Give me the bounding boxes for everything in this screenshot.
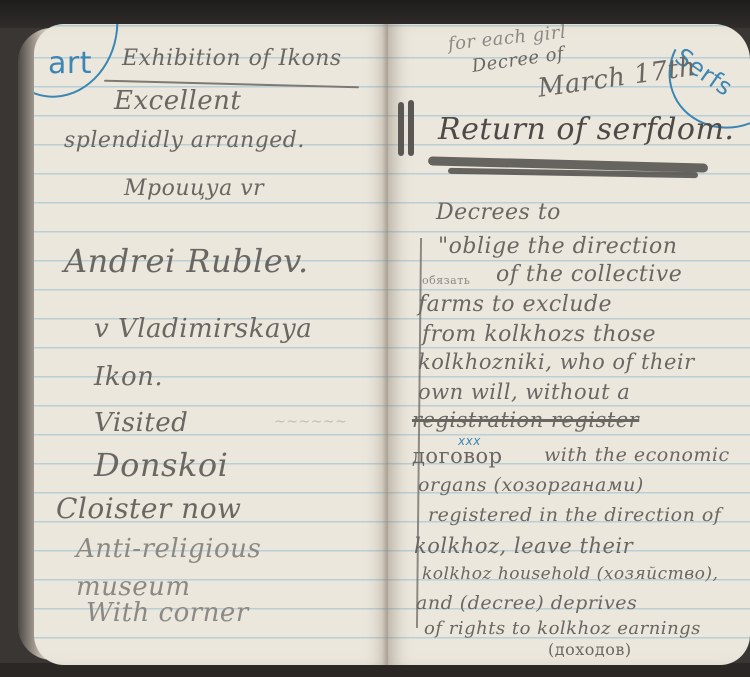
handwritten-line: "oblige the direction bbox=[438, 234, 677, 259]
faint-erased-text: ~~~~~~ bbox=[274, 414, 347, 430]
handwritten-line: from kolkhozs those bbox=[422, 322, 656, 347]
handwritten-line: Exhibition of Ikons bbox=[122, 46, 342, 71]
handwritten-line: of the collective bbox=[496, 262, 682, 287]
struck-out-line: registration register bbox=[412, 408, 639, 432]
handwritten-line: kolkhoz, leave their bbox=[414, 534, 633, 558]
handwritten-line: Excellent bbox=[114, 86, 241, 116]
handwritten-line: registered in the direction of bbox=[428, 504, 721, 526]
handwritten-line: Cloister now bbox=[56, 492, 242, 525]
handwritten-line: farms to exclude bbox=[418, 292, 612, 317]
notebook: art Exhibition of Ikons Excellent splend… bbox=[18, 24, 750, 665]
handwritten-line: договор bbox=[412, 444, 503, 468]
background-bottom bbox=[0, 663, 750, 677]
handwritten-line: with the economic bbox=[544, 444, 730, 466]
handwritten-line: splendidly arranged. bbox=[64, 128, 305, 153]
handwritten-line: kolkhoz household (хозяйство), bbox=[422, 564, 718, 584]
handwritten-line: Decrees to bbox=[436, 200, 561, 225]
handwritten-line: (доходов) bbox=[548, 640, 632, 659]
handwritten-line: kolkhozniki, who of their bbox=[418, 350, 695, 374]
handwritten-line: of rights to kolkhoz earnings bbox=[424, 618, 701, 639]
right-page: Serfs for each girl Decree of March 17th… bbox=[388, 24, 750, 665]
russian-gloss: обязать bbox=[422, 274, 470, 287]
handwritten-line: Return of serfdom. bbox=[438, 112, 734, 147]
handwritten-line: Andrei Rublev. bbox=[64, 242, 309, 280]
margin-mark bbox=[398, 102, 404, 156]
handwritten-line: Donskoi bbox=[94, 446, 228, 484]
handwritten-line: Ikon. bbox=[94, 362, 163, 392]
left-page: art Exhibition of Ikons Excellent splend… bbox=[34, 24, 388, 665]
handwritten-line: Мроицуа vr bbox=[124, 176, 264, 201]
handwritten-line: Visited bbox=[94, 408, 188, 438]
handwritten-line: own will, without a bbox=[418, 380, 630, 404]
handwritten-line: and (decree) deprives bbox=[416, 592, 637, 614]
art-tag: art bbox=[48, 46, 92, 81]
margin-mark bbox=[408, 100, 414, 156]
handwritten-line: Anti-religious bbox=[76, 534, 261, 564]
handwritten-line: v Vladimirskaya bbox=[94, 314, 312, 344]
handwritten-line: organs (хозорганами) bbox=[418, 474, 644, 496]
handwritten-line: With corner bbox=[86, 598, 249, 628]
